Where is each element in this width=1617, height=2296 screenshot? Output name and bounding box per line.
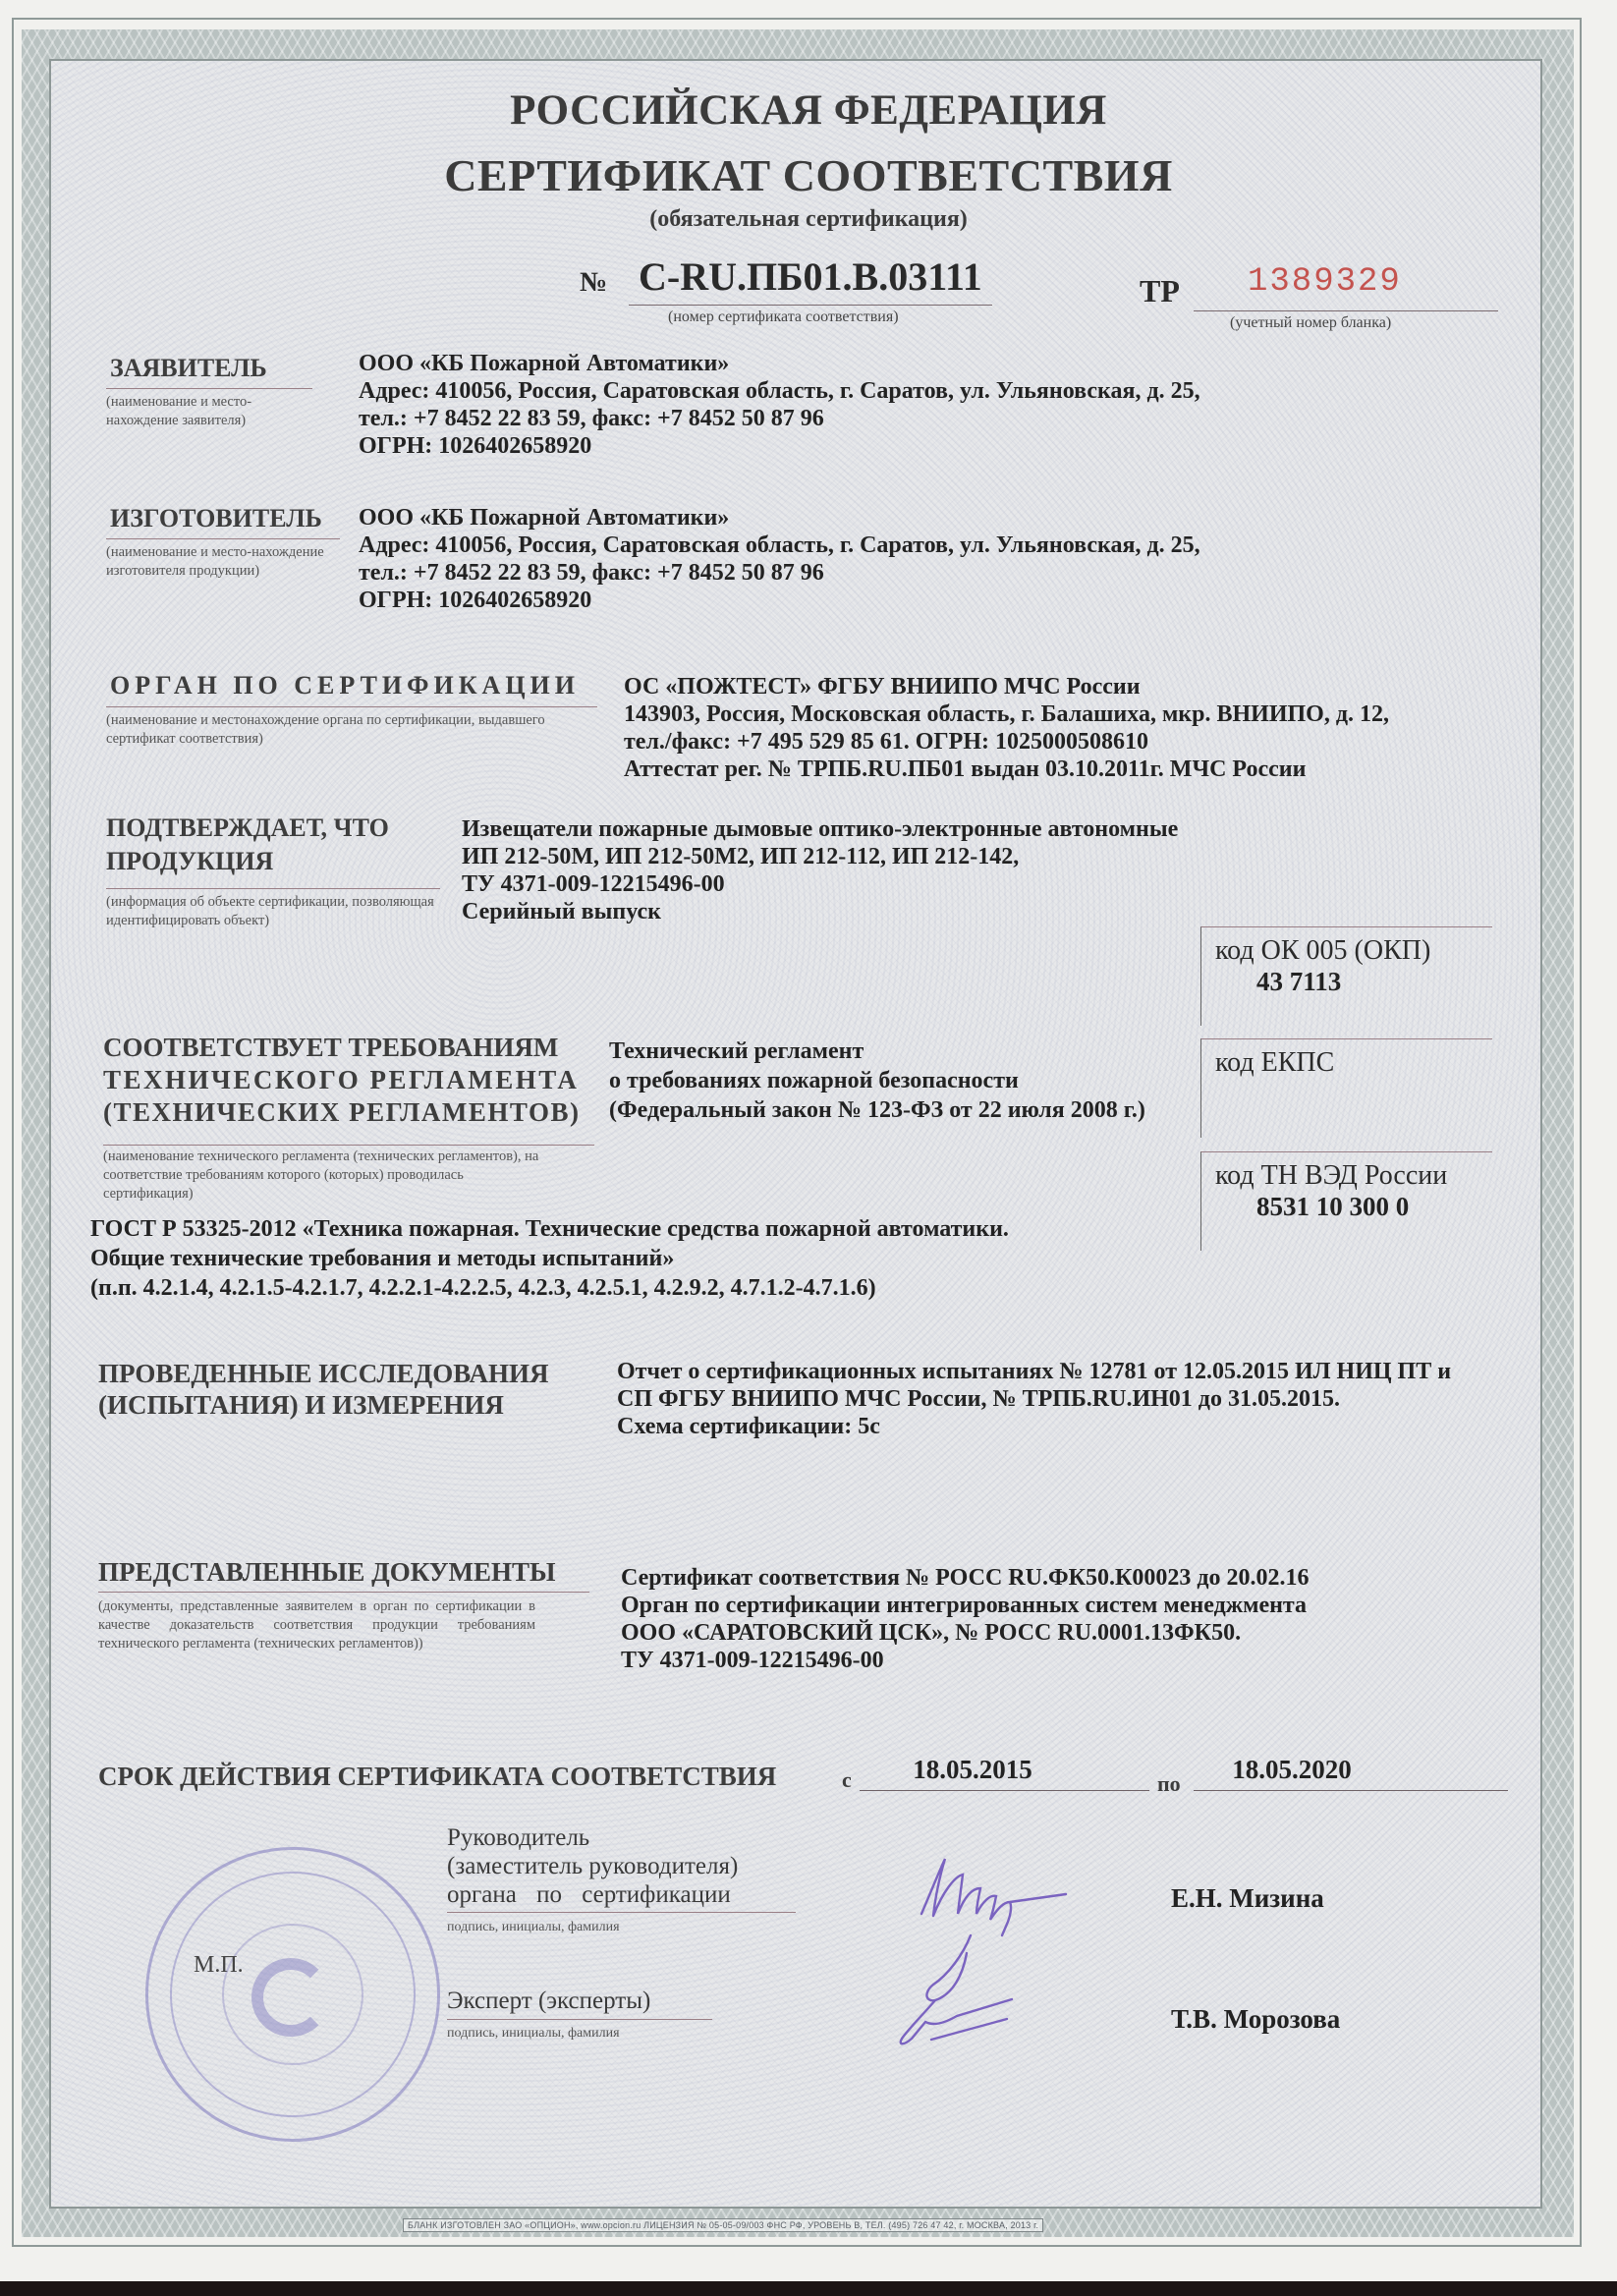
seal-label: М.П. — [194, 1950, 244, 1980]
requirements-label-rule — [103, 1145, 594, 1146]
scan-edge — [0, 2281, 1617, 2296]
manufacturer-ogrn: ОГРН: 1026402658920 — [359, 587, 1200, 614]
validity-from-date: 18.05.2015 — [864, 1756, 1081, 1783]
document-issuer: Орган по сертификации интегрированных си… — [621, 1592, 1310, 1619]
certification-scheme: Схема сертификации: 5с — [617, 1413, 1451, 1440]
manufacturer-caption: (наименование и место-нахождение изготов… — [106, 543, 327, 581]
tests-label-line1: ПРОВЕДЕННЫЕ ИССЛЕДОВАНИЯ — [98, 1358, 549, 1389]
validity-from-label: с — [842, 1767, 852, 1793]
product-production-type: Серийный выпуск — [462, 898, 1178, 925]
document-issuer-name: ООО «САРАТОВСКИЙ ЦСК», № РОСС RU.0001.13… — [621, 1619, 1310, 1647]
code-tnved-label: код ТН ВЭД России — [1201, 1152, 1492, 1192]
manufacturer-phone: тел.: +7 8452 22 83 59, факс: +7 8452 50… — [359, 559, 1200, 587]
applicant-ogrn: ОГРН: 1026402658920 — [359, 432, 1200, 460]
documents-label: ПРЕДСТАВЛЕННЫЕ ДОКУМЕНТЫ — [98, 1557, 556, 1588]
form-number-caption: (учетный номер бланка) — [1230, 314, 1391, 332]
tests-label-line2: (ИСПЫТАНИЯ) И ИЗМЕРЕНИЯ — [98, 1389, 549, 1421]
seal-stamp — [145, 1847, 440, 2142]
handwritten-signatures — [864, 1837, 1120, 2063]
test-lab: СП ФГБУ ВНИИПО МЧС России, № ТРПБ.RU.ИН0… — [617, 1385, 1451, 1413]
document-title: СЕРТИФИКАТ СООТВЕТСТВИЯ — [0, 149, 1617, 201]
standard-clauses: (п.п. 4.2.1.4, 4.2.1.5-4.2.1.7, 4.2.2.1-… — [90, 1273, 1009, 1303]
requirements-label-line2: ТЕХНИЧЕСКОГО РЕГЛАМЕНТА — [103, 1064, 581, 1096]
code-okp-box: код ОК 005 (ОКП) 43 7113 — [1200, 926, 1492, 1026]
manufacturer-label: ИЗГОТОВИТЕЛЬ — [110, 504, 322, 533]
country-title: РОССИЙСКАЯ ФЕДЕРАЦИЯ — [0, 86, 1617, 135]
applicant-phone: тел.: +7 8452 22 83 59, факс: +7 8452 50… — [359, 405, 1200, 432]
code-okp-label: код ОК 005 (ОКП) — [1201, 927, 1492, 967]
validity-to-label: по — [1157, 1771, 1181, 1797]
standard-title: Общие технические требования и методы ис… — [90, 1244, 1009, 1273]
certification-body-label: ОРГАН ПО СЕРТИФИКАЦИИ — [110, 671, 580, 700]
form-number-rule — [1194, 310, 1498, 311]
manufacturer-details: ООО «КБ Пожарной Автоматики» Адрес: 4100… — [359, 504, 1200, 614]
head-signatory-label: Руководитель (заместитель руководителя) … — [447, 1823, 738, 1909]
manufacturer-label-rule — [106, 538, 340, 539]
tests-label: ПРОВЕДЕННЫЕ ИССЛЕДОВАНИЯ (ИСПЫТАНИЯ) И И… — [98, 1358, 549, 1421]
product-spec: ТУ 4371-009-12215496-00 — [462, 870, 1178, 898]
certification-body-name: ОС «ПОЖТЕСТ» ФГБУ ВНИИПО МЧС России — [624, 673, 1389, 700]
expert-signature-caption: подпись, инициалы, фамилия — [447, 2024, 620, 2043]
requirements-details: Технический регламент о требованиях пожа… — [609, 1036, 1145, 1125]
expert-signature-rule — [447, 2019, 712, 2020]
certification-body-details: ОС «ПОЖТЕСТ» ФГБУ ВНИИПО МЧС России 1439… — [624, 673, 1389, 783]
document-spec: ТУ 4371-009-12215496-00 — [621, 1647, 1310, 1674]
certificate-number: C-RU.ПБ01.B.03111 — [639, 253, 982, 300]
head-signature-caption: подпись, инициалы, фамилия — [447, 1918, 620, 1936]
code-ekps-box: код ЕКПС — [1200, 1038, 1492, 1138]
applicant-address: Адрес: 410056, Россия, Саратовская облас… — [359, 377, 1200, 405]
documents-caption: (документы, представленные заявителем в … — [98, 1597, 535, 1653]
validity-label: СРОК ДЕЙСТВИЯ СЕРТИФИКАТА СООТВЕТСТВИЯ — [98, 1762, 776, 1792]
code-tnved-box: код ТН ВЭД России 8531 10 300 0 — [1200, 1151, 1492, 1251]
certificate-number-caption: (номер сертификата соответствия) — [668, 308, 899, 326]
product-label-line1: ПОДТВЕРЖДАЕТ, ЧТО — [106, 812, 389, 845]
tests-details: Отчет о сертификационных испытаниях № 12… — [617, 1358, 1451, 1440]
product-details: Извещатели пожарные дымовые оптико-элект… — [462, 815, 1178, 925]
certification-body-address: 143903, Россия, Московская область, г. Б… — [624, 700, 1389, 728]
regulation-law: (Федеральный закон № 123-ФЗ от 22 июля 2… — [609, 1095, 1145, 1125]
product-name: Извещатели пожарные дымовые оптико-элект… — [462, 815, 1178, 843]
code-tnved-value: 8531 10 300 0 — [1201, 1192, 1492, 1222]
expert-label: Эксперт (эксперты) — [447, 1987, 650, 2016]
manufacturer-address: Адрес: 410056, Россия, Саратовская облас… — [359, 532, 1200, 559]
regulation-name: Технический регламент — [609, 1036, 1145, 1066]
form-series: ТР — [1140, 273, 1180, 309]
head-signatory-name: Е.Н. Мизина — [1171, 1884, 1324, 1912]
form-number: 1389329 — [1248, 263, 1402, 301]
code-ekps-label: код ЕКПС — [1201, 1039, 1492, 1079]
head-label-line1: Руководитель — [447, 1823, 738, 1852]
applicant-caption: (наименование и место-нахождение заявите… — [106, 393, 312, 430]
head-signature-rule — [447, 1912, 796, 1913]
regulation-subject: о требованиях пожарной безопасности — [609, 1066, 1145, 1095]
requirements-label-line1: СООТВЕТСТВУЕТ ТРЕБОВАНИЯМ — [103, 1032, 581, 1064]
document-subtitle: (обязательная сертификация) — [0, 206, 1617, 233]
documents-label-rule — [98, 1592, 589, 1593]
requirements-caption: (наименование технического регламента (т… — [103, 1148, 555, 1204]
requirements-label-line3: (ТЕХНИЧЕСКИХ РЕГЛАМЕНТОВ) — [103, 1096, 581, 1129]
certificate-number-rule — [629, 305, 992, 306]
expert-signature-icon — [901, 1935, 1012, 2044]
applicant-details: ООО «КБ Пожарной Автоматики» Адрес: 4100… — [359, 350, 1200, 460]
test-report: Отчет о сертификационных испытаниях № 12… — [617, 1358, 1451, 1385]
product-models: ИП 212-50М, ИП 212-50М2, ИП 212-112, ИП … — [462, 843, 1178, 870]
documents-details: Сертификат соответствия № РОСС RU.ФК50.К… — [621, 1564, 1310, 1674]
product-label-line2: ПРОДУКЦИЯ — [106, 845, 389, 878]
printer-imprint: БЛАНК ИЗГОТОВЛЕН ЗАО «ОПЦИОН», www.opcio… — [403, 2218, 1043, 2232]
validity-from-rule — [860, 1790, 1149, 1791]
seal-logo-icon — [251, 1958, 330, 2037]
validity-to-rule — [1194, 1790, 1508, 1791]
certification-body-accreditation: Аттестат рег. № ТРПБ.RU.ПБ01 выдан 03.10… — [624, 756, 1389, 783]
standard-name: ГОСТ Р 53325-2012 «Техника пожарная. Тех… — [90, 1214, 1009, 1244]
certification-body-phone: тел./факс: +7 495 529 85 61. ОГРН: 10250… — [624, 728, 1389, 756]
applicant-label: ЗАЯВИТЕЛЬ — [110, 354, 267, 383]
product-caption: (информация об объекте сертификации, поз… — [106, 893, 445, 930]
head-label-line3: органа по сертификации — [447, 1880, 738, 1909]
head-label-line2: (заместитель руководителя) — [447, 1852, 738, 1880]
certification-body-label-rule — [106, 706, 597, 707]
applicant-name: ООО «КБ Пожарной Автоматики» — [359, 350, 1200, 377]
applicant-label-rule — [106, 388, 312, 389]
standard-details: ГОСТ Р 53325-2012 «Техника пожарная. Тех… — [90, 1214, 1009, 1303]
certification-body-caption: (наименование и местонахождение органа п… — [106, 711, 597, 749]
number-sign: № — [580, 267, 607, 299]
product-label-rule — [106, 888, 440, 889]
code-okp-value: 43 7113 — [1201, 967, 1492, 997]
head-signature-icon — [921, 1859, 1066, 1935]
document-certificate: Сертификат соответствия № РОСС RU.ФК50.К… — [621, 1564, 1310, 1592]
expert-name: Т.В. Морозова — [1171, 2005, 1340, 2033]
validity-to-date: 18.05.2020 — [1184, 1756, 1400, 1783]
product-label: ПОДТВЕРЖДАЕТ, ЧТО ПРОДУКЦИЯ — [106, 812, 389, 878]
requirements-label: СООТВЕТСТВУЕТ ТРЕБОВАНИЯМ ТЕХНИЧЕСКОГО Р… — [103, 1032, 581, 1129]
manufacturer-name: ООО «КБ Пожарной Автоматики» — [359, 504, 1200, 532]
